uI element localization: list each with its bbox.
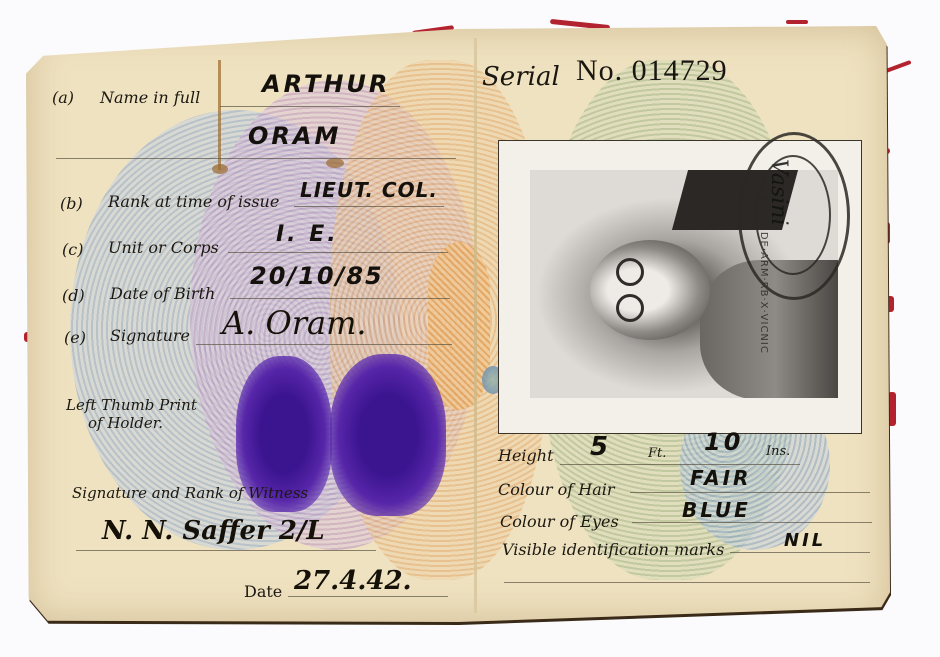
ornament-orange [428, 242, 490, 410]
field-b-value: LIEUT. COL. [300, 178, 438, 202]
field-b-line [294, 206, 444, 207]
thread-top-3 [786, 20, 808, 24]
marks-value: NIL [784, 530, 826, 551]
thumb-label-line1: Left Thumb Print [66, 396, 197, 414]
field-b-marker: (b) [60, 194, 83, 213]
field-c-value: I. E. [276, 222, 339, 247]
hair-label: Colour of Hair [498, 480, 615, 499]
field-d-label: Date of Birth [110, 284, 215, 303]
date-line [288, 596, 448, 597]
height-inches-unit: Ins. [766, 444, 790, 459]
field-d-value: 20/10/85 [250, 262, 384, 290]
date-label: Date [244, 582, 282, 601]
field-c-label: Unit or Corps [108, 238, 219, 257]
field-b-label: Rank at time of issue [108, 192, 279, 211]
marks-line [730, 552, 870, 553]
eyes-line [632, 522, 872, 523]
stain-spot-1 [212, 164, 228, 174]
hair-line [630, 492, 870, 493]
thumbprint-right [330, 354, 446, 516]
field-c-line [228, 252, 448, 253]
center-fold [474, 38, 477, 613]
witness-label: Signature and Rank of Witness [72, 484, 308, 502]
official-stamp: KAOG·DE·ARM·RB·X·VICNIC Vasini [738, 132, 850, 300]
serial-number-prefix: No. [576, 54, 623, 87]
holder-signature: A. Oram. [222, 304, 367, 342]
field-a-line2 [56, 158, 456, 159]
field-a-marker: (a) [52, 88, 74, 107]
stain-spot-2 [326, 158, 344, 168]
photo-holder-head [590, 240, 710, 340]
witness-line [76, 550, 376, 551]
glasses-icon-right [616, 294, 644, 322]
field-a-line1 [220, 106, 400, 107]
field-a-value-line2: ORAM [248, 122, 341, 150]
hair-value: FAIR [690, 466, 751, 490]
date-value: 27.4.42. [294, 566, 412, 596]
marks-label: Visible identification marks [502, 540, 724, 559]
field-d-line [230, 298, 450, 299]
stamp-signature: Vasini [766, 159, 791, 226]
serial-label: Serial [482, 62, 560, 92]
height-feet-unit: Ft. [648, 446, 666, 461]
height-feet: 5 [590, 432, 611, 462]
height-label: Height [498, 446, 554, 465]
eyes-label: Colour of Eyes [500, 512, 619, 531]
blank-line [504, 582, 870, 583]
field-e-line [196, 344, 452, 345]
height-inches: 10 [704, 428, 743, 456]
field-d-marker: (d) [62, 286, 85, 305]
field-e-marker: (e) [64, 328, 86, 347]
eyes-value: BLUE [682, 498, 751, 522]
serial-number-value: 014729 [632, 54, 728, 87]
witness-signature: N. N. Saffer 2/L [102, 516, 325, 546]
stain-vertical [218, 60, 221, 170]
glasses-icon-left [616, 258, 644, 286]
field-e-label: Signature [110, 326, 190, 345]
thumb-label-line2: of Holder. [88, 414, 163, 432]
field-c-marker: (c) [62, 240, 83, 259]
field-a-label: Name in full [100, 88, 200, 107]
field-a-value-line1: ARTHUR [262, 70, 390, 98]
height-line [560, 464, 800, 465]
serial-number: No. 014729 [576, 54, 728, 88]
